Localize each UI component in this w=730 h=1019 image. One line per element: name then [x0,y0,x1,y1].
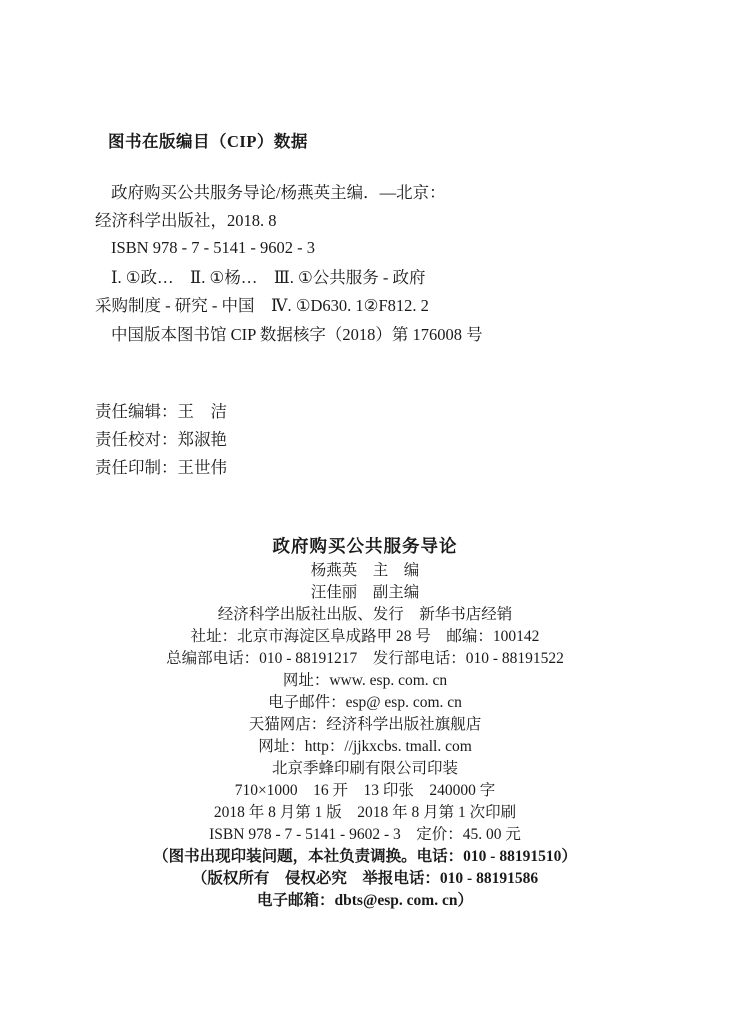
classification-line: 采购制度 - 研究 - 中国 Ⅳ. ①D630. 1②F812. 2 [95,292,575,320]
print-supervisor-credit: 责任印制：王世伟 [95,454,227,482]
colophon-line-email: 电子邮件：esp@ esp. com. cn [0,692,730,714]
colophon: 杨燕英 主 编 汪佳丽 副主编 经济科学出版社出版、发行 新华书店经销 社址：北… [0,560,730,912]
cip-header: 图书在版编目（CIP）数据 [108,128,308,152]
editor-credit: 责任编辑：王 洁 [95,398,227,426]
colophon-line-address: 社址：北京市海淀区阜成路甲 28 号 邮编：100142 [0,626,730,648]
proofreader-credit: 责任校对：郑淑艳 [95,426,227,454]
notice-line-copyright: （版权所有 侵权必究 举报电话：010 - 88191586 [0,868,730,890]
cip-description-line: 政府购买公共服务导论/杨燕英主编．—北京： [95,179,565,207]
colophon-line-store-url: 网址：http：//jjkxcbs. tmall. com [0,736,730,758]
isbn-line: ISBN 978 - 7 - 5141 - 9602 - 3 [95,234,565,262]
notice-line-report-email: 电子邮箱：dbts@esp. com. cn） [0,890,730,912]
colophon-line-tmall-store: 天猫网店：经济科学出版社旗舰店 [0,714,730,736]
book-title: 政府购买公共服务导论 [0,533,730,558]
cip-record-number: 中国版本图书馆 CIP 数据核字（2018）第 176008 号 [95,321,615,349]
colophon-line-printing-house: 北京季蜂印刷有限公司印装 [0,758,730,780]
cip-classification: Ⅰ. ①政… Ⅱ. ①杨… Ⅲ. ①公共服务 - 政府 采购制度 - 研究 - … [95,264,575,319]
colophon-line-isbn-price: ISBN 978 - 7 - 5141 - 9602 - 3 定价：45. 00… [0,824,730,846]
copyright-page: 图书在版编目（CIP）数据 政府购买公共服务导论/杨燕英主编．—北京： 经济科学… [0,0,730,1019]
cip-description: 政府购买公共服务导论/杨燕英主编．—北京： 经济科学出版社，2018. 8 IS… [95,179,565,262]
colophon-line-website: 网址：www. esp. com. cn [0,670,730,692]
colophon-line-edition: 2018 年 8 月第 1 版 2018 年 8 月第 1 次印刷 [0,802,730,824]
colophon-line-publisher: 经济科学出版社出版、发行 新华书店经销 [0,604,730,626]
notice-line-exchange: （图书出现印装问题，本社负责调换。电话：010 - 88191510） [0,846,730,868]
staff-credits: 责任编辑：王 洁 责任校对：郑淑艳 责任印制：王世伟 [95,398,227,482]
colophon-line-format: 710×1000 16 开 13 印张 240000 字 [0,780,730,802]
colophon-line-chief-editor: 杨燕英 主 编 [0,560,730,582]
classification-line: Ⅰ. ①政… Ⅱ. ①杨… Ⅲ. ①公共服务 - 政府 [95,264,575,292]
cip-description-line: 经济科学出版社，2018. 8 [95,207,565,235]
colophon-line-phones: 总编部电话：010 - 88191217 发行部电话：010 - 8819152… [0,648,730,670]
colophon-line-deputy-editor: 汪佳丽 副主编 [0,582,730,604]
cip-record: 中国版本图书馆 CIP 数据核字（2018）第 176008 号 [95,321,615,349]
